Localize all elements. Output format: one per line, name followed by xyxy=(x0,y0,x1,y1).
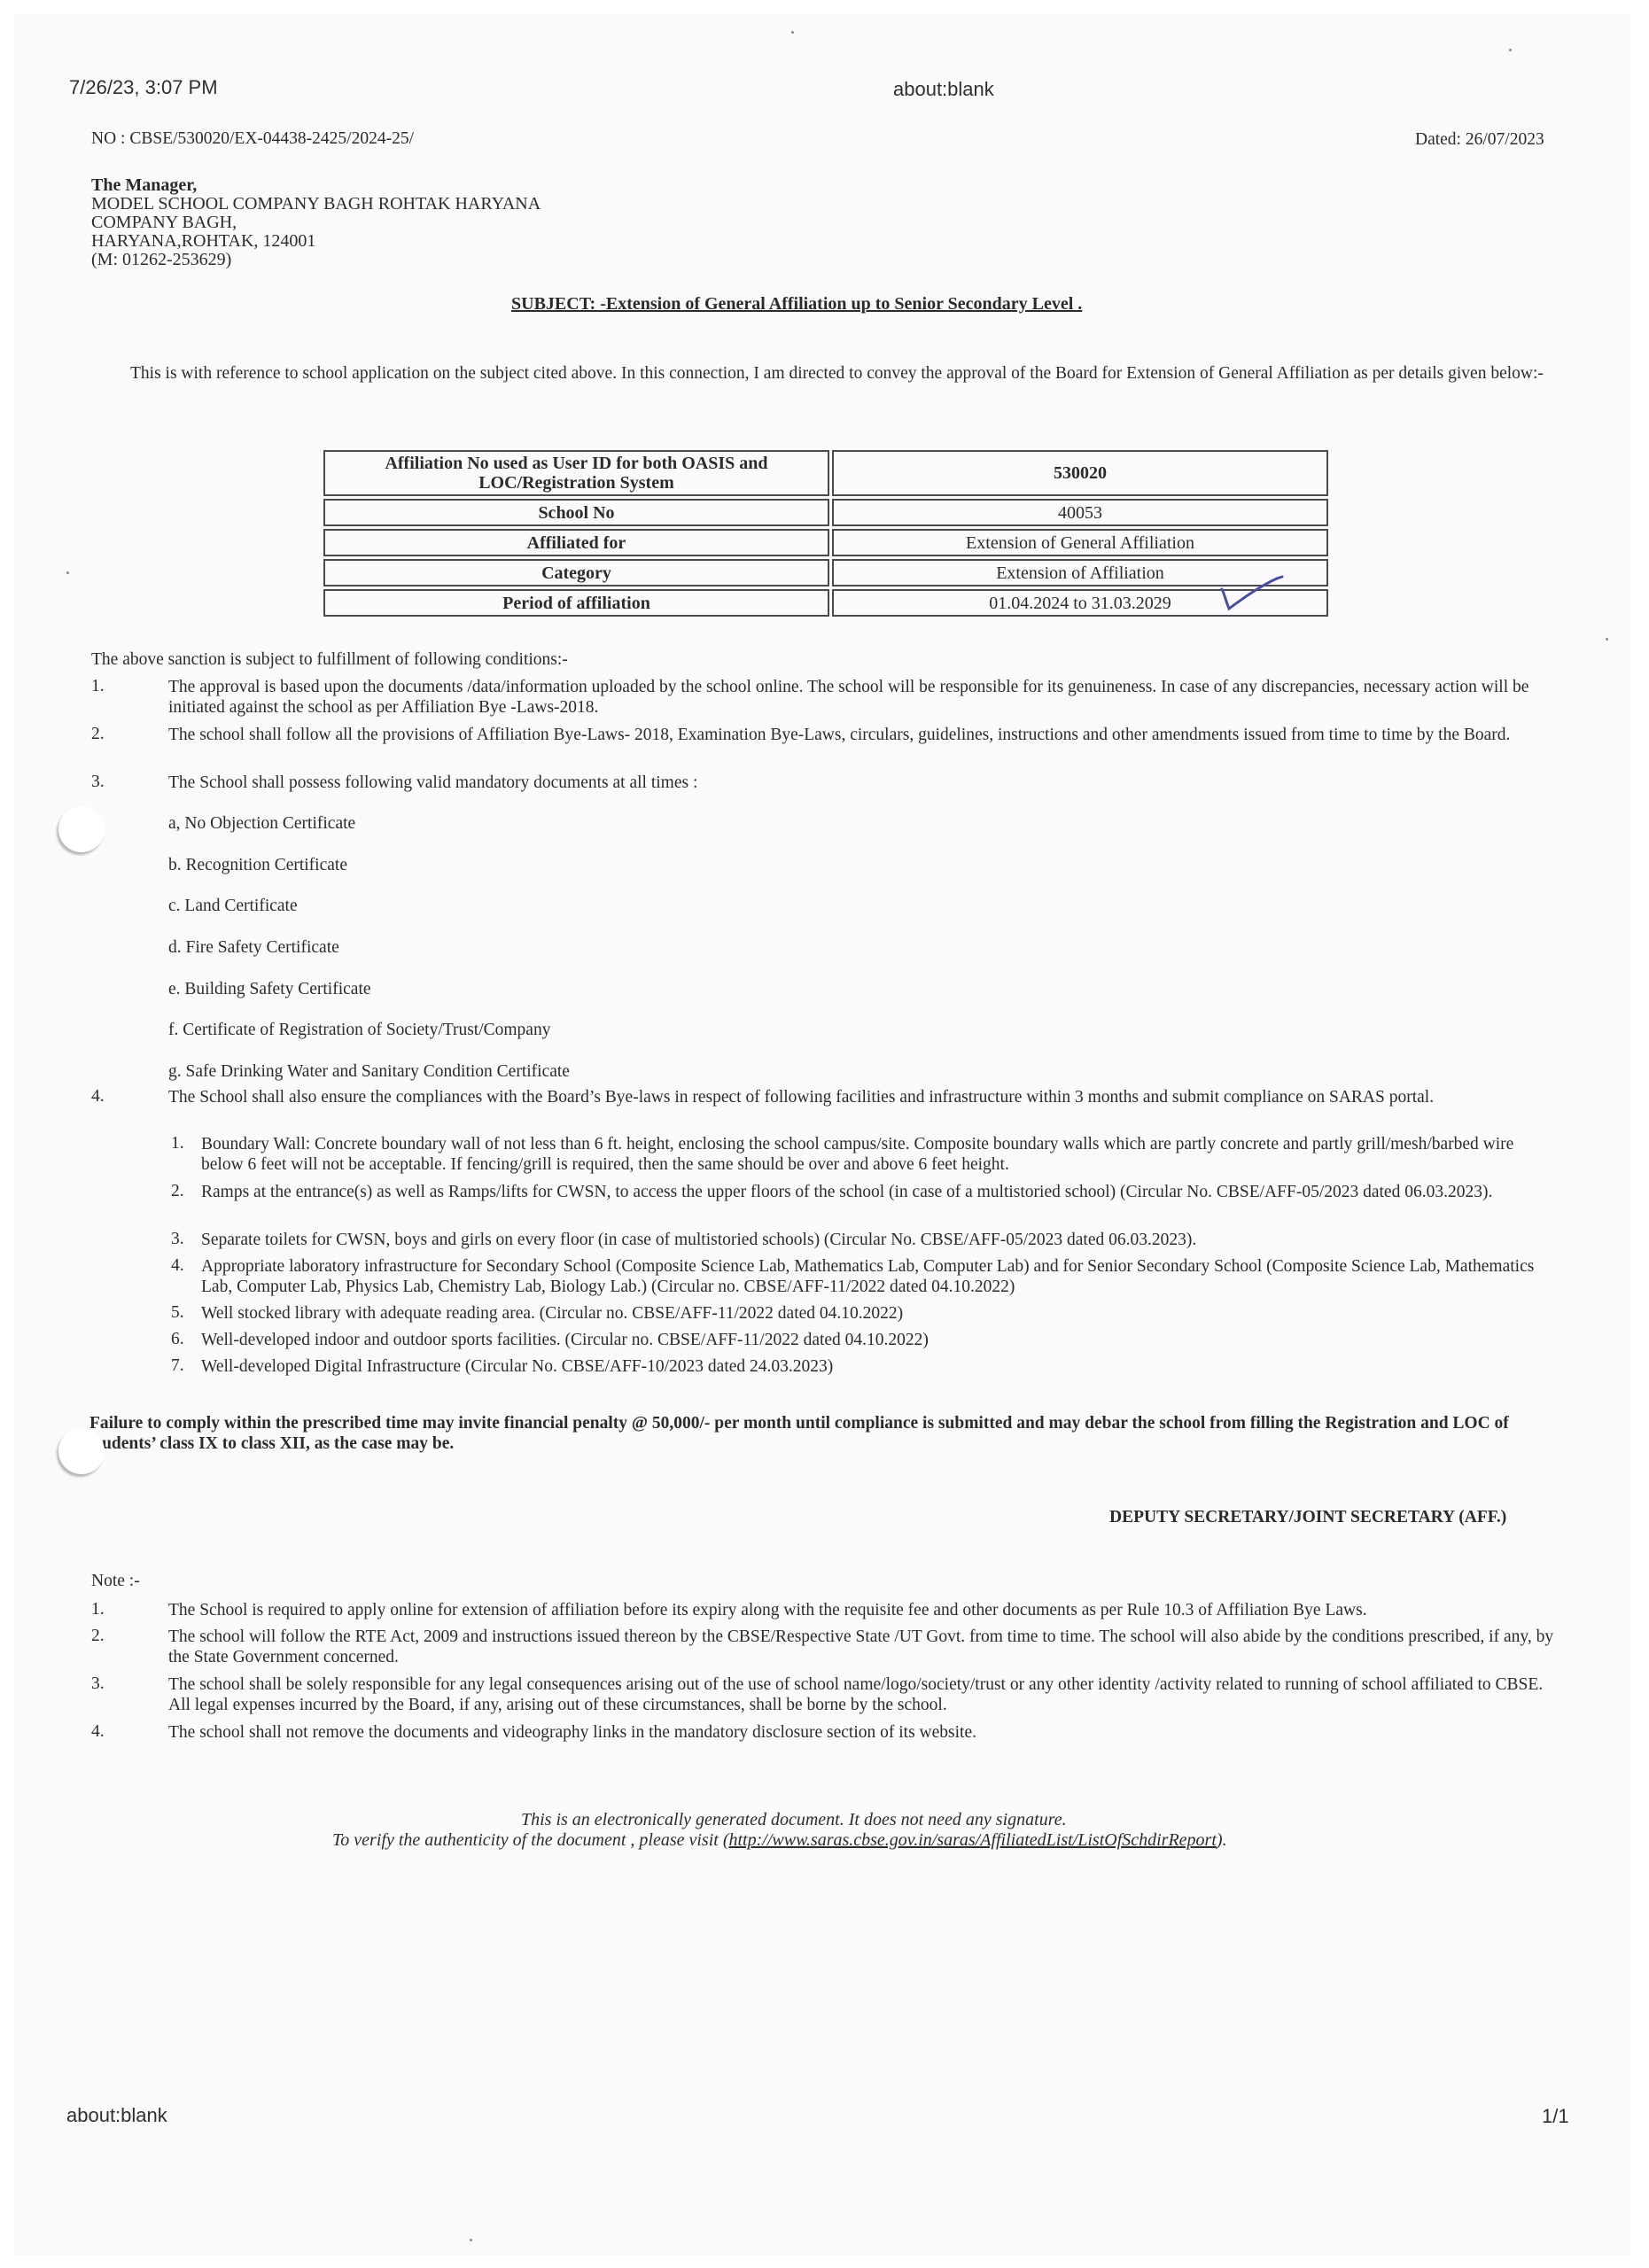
intro-paragraph: This is with reference to school applica… xyxy=(91,363,1562,384)
facility-text: Separate toilets for CWSN, boys and girl… xyxy=(201,1230,1539,1250)
facility-text: Ramps at the entrance(s) as well as Ramp… xyxy=(201,1182,1539,1202)
row-value: 40053 xyxy=(832,499,1328,526)
mandatory-document-item: c. Land Certificate xyxy=(168,896,298,916)
note-text: The school will follow the RTE Act, 2009… xyxy=(168,1627,1564,1667)
facility-text: Well-developed indoor and outdoor sports… xyxy=(201,1330,1539,1350)
checkmark-icon xyxy=(1218,571,1289,625)
letter-date: Dated: 26/07/2023 xyxy=(1415,129,1544,150)
condition-text: The School shall also ensure the complia… xyxy=(168,1087,1560,1107)
row-label: Category xyxy=(323,559,829,586)
condition-number: 3. xyxy=(91,773,105,792)
address-line: (M: 01262-253629) xyxy=(91,251,231,269)
facility-number: 4. xyxy=(171,1256,184,1276)
verification-link[interactable]: http://www.saras.cbse.gov.in/saras/Affil… xyxy=(729,1830,1217,1850)
reference-number: NO : CBSE/530020/EX-04438-2425/2024-25/ xyxy=(91,128,414,149)
row-value: Extension of General Affiliation xyxy=(832,529,1328,556)
condition-number: 1. xyxy=(91,677,105,696)
mandatory-document-item: b. Recognition Certificate xyxy=(168,855,347,875)
facility-number: 7. xyxy=(171,1356,184,1376)
table-row: School No 40053 xyxy=(323,499,1328,526)
table-row: Category Extension of Affiliation xyxy=(323,559,1328,586)
note-number: 2. xyxy=(91,1627,105,1646)
note-number: 4. xyxy=(91,1722,105,1742)
print-timestamp: 7/26/23, 3:07 PM xyxy=(69,76,218,99)
mandatory-document-item: d. Fire Safety Certificate xyxy=(168,937,339,958)
facility-text: Well stocked library with adequate readi… xyxy=(201,1303,1539,1324)
punch-hole xyxy=(58,806,105,852)
condition-text: The school shall follow all the provisio… xyxy=(168,725,1560,745)
notes-heading: Note :- xyxy=(91,1571,140,1591)
note-text: The school shall be solely responsible f… xyxy=(168,1674,1564,1715)
facility-text: Well-developed Digital Infrastructure (C… xyxy=(201,1356,1539,1377)
note-text: The school shall not remove the document… xyxy=(168,1722,1564,1743)
row-label: Affiliated for xyxy=(323,529,829,556)
row-label: School No xyxy=(323,499,829,526)
table-row: Affiliation No used as User ID for both … xyxy=(323,450,1328,496)
note-text: The School is required to apply online f… xyxy=(168,1600,1564,1620)
scan-speck xyxy=(470,2239,472,2241)
scan-speck xyxy=(1606,638,1608,641)
scan-speck xyxy=(66,571,69,574)
row-label: Period of affiliation xyxy=(323,589,829,617)
table-row: Period of affiliation 01.04.2024 to 31.0… xyxy=(323,589,1328,617)
conditions-heading: The above sanction is subject to fulfill… xyxy=(91,649,568,670)
verification-note: To verify the authenticity of the docume… xyxy=(332,1830,1227,1851)
print-url: about:blank xyxy=(66,2104,167,2127)
scan-speck xyxy=(791,31,794,34)
row-value: 530020 xyxy=(832,450,1328,496)
affiliation-details-table: Affiliation No used as User ID for both … xyxy=(321,447,1331,619)
print-page-count: 1/1 xyxy=(1542,2105,1569,2128)
condition-number: 4. xyxy=(91,1087,105,1107)
signatory: DEPUTY SECRETARY/JOINT SECRETARY (AFF.) xyxy=(1109,1507,1506,1527)
note-number: 1. xyxy=(91,1600,105,1619)
condition-text: The School shall possess following valid… xyxy=(168,773,1560,793)
electronic-document-note: This is an electronically generated docu… xyxy=(521,1810,1067,1830)
condition-number: 2. xyxy=(91,725,105,744)
facility-number: 1. xyxy=(171,1134,184,1153)
punch-hole xyxy=(58,1428,105,1474)
verification-suffix: ). xyxy=(1217,1830,1227,1850)
facility-number: 3. xyxy=(171,1230,184,1249)
facility-number: 5. xyxy=(171,1303,184,1323)
table-row: Affiliated for Extension of General Affi… xyxy=(323,529,1328,556)
note-number: 3. xyxy=(91,1674,105,1694)
facility-number: 6. xyxy=(171,1330,184,1349)
penalty-notice: Failure to comply within the prescribed … xyxy=(89,1413,1525,1454)
condition-text: The approval is based upon the documents… xyxy=(168,677,1560,718)
letter-subject: SUBJECT: -Extension of General Affiliati… xyxy=(511,294,1082,315)
facility-text: Boundary Wall: Concrete boundary wall of… xyxy=(201,1134,1539,1175)
facility-text: Appropriate laboratory infrastructure fo… xyxy=(201,1256,1539,1297)
facility-number: 2. xyxy=(171,1182,184,1201)
mandatory-document-item: g. Safe Drinking Water and Sanitary Cond… xyxy=(168,1061,570,1082)
mandatory-document-item: f. Certificate of Registration of Societ… xyxy=(168,1020,550,1040)
mandatory-document-item: e. Building Safety Certificate xyxy=(168,979,371,999)
mandatory-document-item: a, No Objection Certificate xyxy=(168,813,355,834)
address-line: COMPANY BAGH, xyxy=(91,214,237,232)
print-page-title: about:blank xyxy=(893,78,994,101)
scan-speck xyxy=(1509,49,1512,51)
address-line: HARYANA,ROHTAK, 124001 xyxy=(91,232,315,251)
row-label: Affiliation No used as User ID for both … xyxy=(323,450,829,496)
address-line: The Manager, xyxy=(91,176,197,195)
address-line: MODEL SCHOOL COMPANY BAGH ROHTAK HARYANA xyxy=(91,195,541,214)
verification-prefix: To verify the authenticity of the docume… xyxy=(332,1830,729,1850)
